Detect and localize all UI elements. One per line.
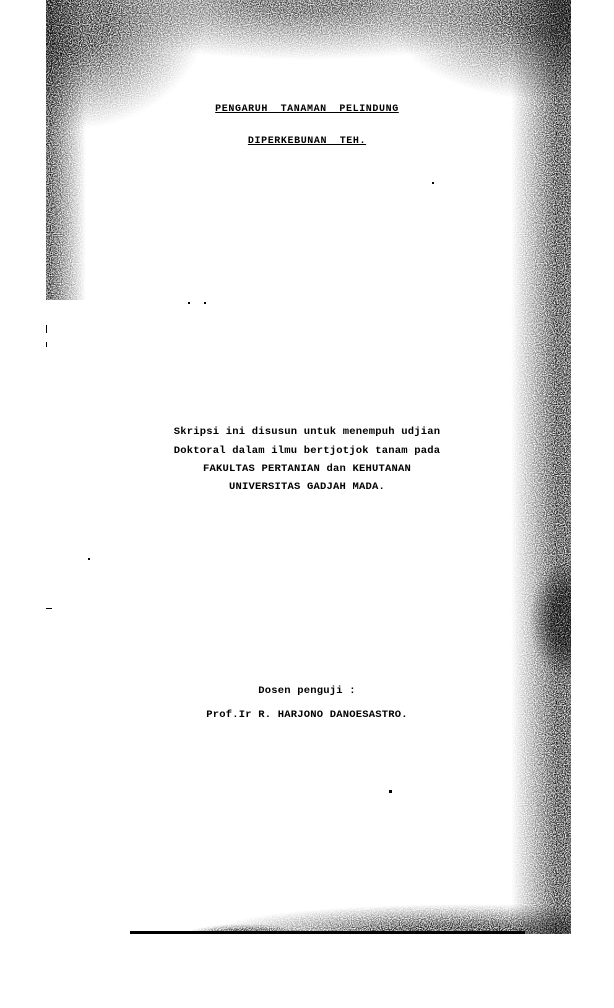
scan-speck [432, 182, 434, 184]
scan-speck [46, 342, 47, 347]
scan-speck [46, 325, 47, 333]
body-line-2: Doktoral dalam ilmu bertjotjok tanam pad… [0, 445, 614, 457]
scan-shadow-left [46, 0, 86, 300]
body-line-4: UNIVERSITAS GADJAH MADA. [0, 481, 614, 493]
scan-speck [188, 302, 190, 304]
scan-shadow-bottom [166, 884, 571, 934]
body-line-3: FAKULTAS PERTANIAN dan KEHUTANAN [0, 463, 614, 475]
examiner-name: Prof.Ir R. HARJONO DANOESASTRO. [0, 709, 614, 721]
scan-blotch [514, 560, 571, 690]
page-bottom-edge [130, 931, 525, 934]
body-line-1: Skripsi ini disusun untuk menempuh udjia… [0, 426, 614, 438]
scan-speck [46, 608, 52, 609]
scan-speck [88, 558, 90, 560]
scan-shadow-top [46, 0, 571, 150]
title-line-2: DIPERKEBUNAN TEH. [0, 136, 614, 147]
scan-speck [389, 790, 392, 793]
examiner-label: Dosen penguji : [0, 685, 614, 697]
scan-speck [204, 302, 206, 304]
title-line-1: PENGARUH TANAMAN PELINDUNG [0, 104, 614, 115]
